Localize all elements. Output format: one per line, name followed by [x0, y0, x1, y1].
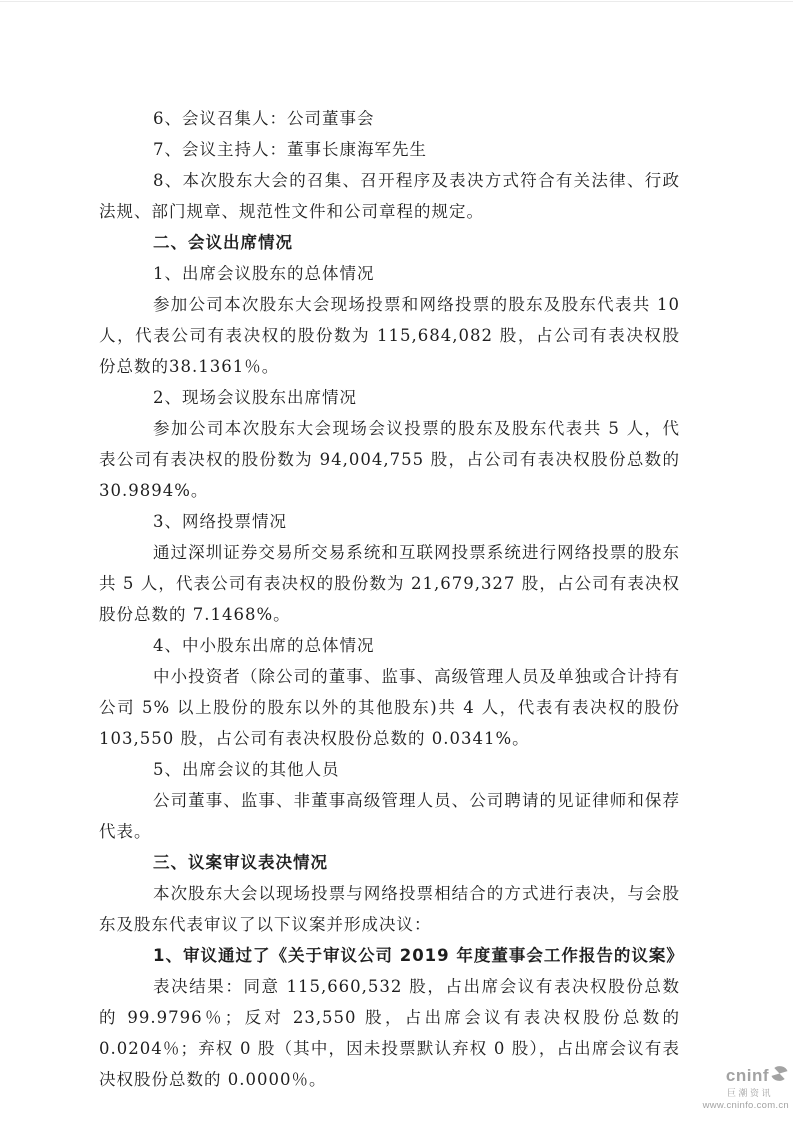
other-attendees-detail: 公司董事、监事、非董事高级管理人员、公司聘请的见证律师和保荐代表。 [99, 785, 680, 847]
voting-method-line: 本次股东大会以现场投票与网络投票相结合的方式进行表决，与会股东及股东代表审议了以… [99, 878, 680, 940]
proposal-1-voting-result: 表决结果：同意 115,660,532 股，占出席会议有表决权股份总数的 99.… [99, 971, 680, 1095]
cninfo-watermark: cninf 巨潮资讯 www.cninfo.com.cn [703, 1065, 789, 1111]
online-voting-detail: 通过深圳证券交易所交易系统和互联网投票系统进行网络投票的股东共 5 人，代表公司… [99, 537, 680, 630]
online-voting-subhead: 3、网络投票情况 [99, 506, 680, 537]
meeting-chair-line: 7、会议主持人：董事长康海军先生 [99, 134, 680, 165]
attendance-overall-subhead: 1、出席会议股东的总体情况 [99, 258, 680, 289]
proposal-1-heading: 1、审议通过了《关于审议公司 2019 年度董事会工作报告的议案》 [99, 940, 680, 971]
cninfo-url-text: www.cninfo.com.cn [703, 1100, 789, 1111]
meeting-legality-line: 8、本次股东大会的召集、召开程序及表决方式符合有关法律、行政法规、部门规章、规范… [99, 165, 680, 227]
cninfo-brand-text: cninf [726, 1067, 769, 1085]
cninfo-chinese-name: 巨潮资讯 [703, 1086, 773, 1099]
minority-holders-detail: 中小投资者（除公司的董事、监事、高级管理人员及单独或合计持有公司 5% 以上股份… [99, 661, 680, 754]
section-heading-attendance: 二、会议出席情况 [99, 227, 680, 258]
onsite-attendance-detail: 参加公司本次股东大会现场会议投票的股东及股东代表共 5 人，代表公司有表决权的股… [99, 413, 680, 506]
cninfo-swirl-icon [770, 1065, 789, 1087]
meeting-convener-line: 6、会议召集人：公司董事会 [99, 103, 680, 134]
attendance-overall-detail: 参加公司本次股东大会现场投票和网络投票的股东及股东代表共 10 人，代表公司有表… [99, 289, 680, 382]
section-heading-proposals: 三、议案审议表决情况 [99, 847, 680, 878]
minority-holders-subhead: 4、中小股东出席的总体情况 [99, 630, 680, 661]
document-body: 6、会议召集人：公司董事会 7、会议主持人：董事长康海军先生 8、本次股东大会的… [99, 103, 680, 1095]
page-top-edge [0, 1, 793, 2]
onsite-attendance-subhead: 2、现场会议股东出席情况 [99, 382, 680, 413]
other-attendees-subhead: 5、出席会议的其他人员 [99, 754, 680, 785]
cninfo-brand-row: cninf [703, 1065, 789, 1087]
